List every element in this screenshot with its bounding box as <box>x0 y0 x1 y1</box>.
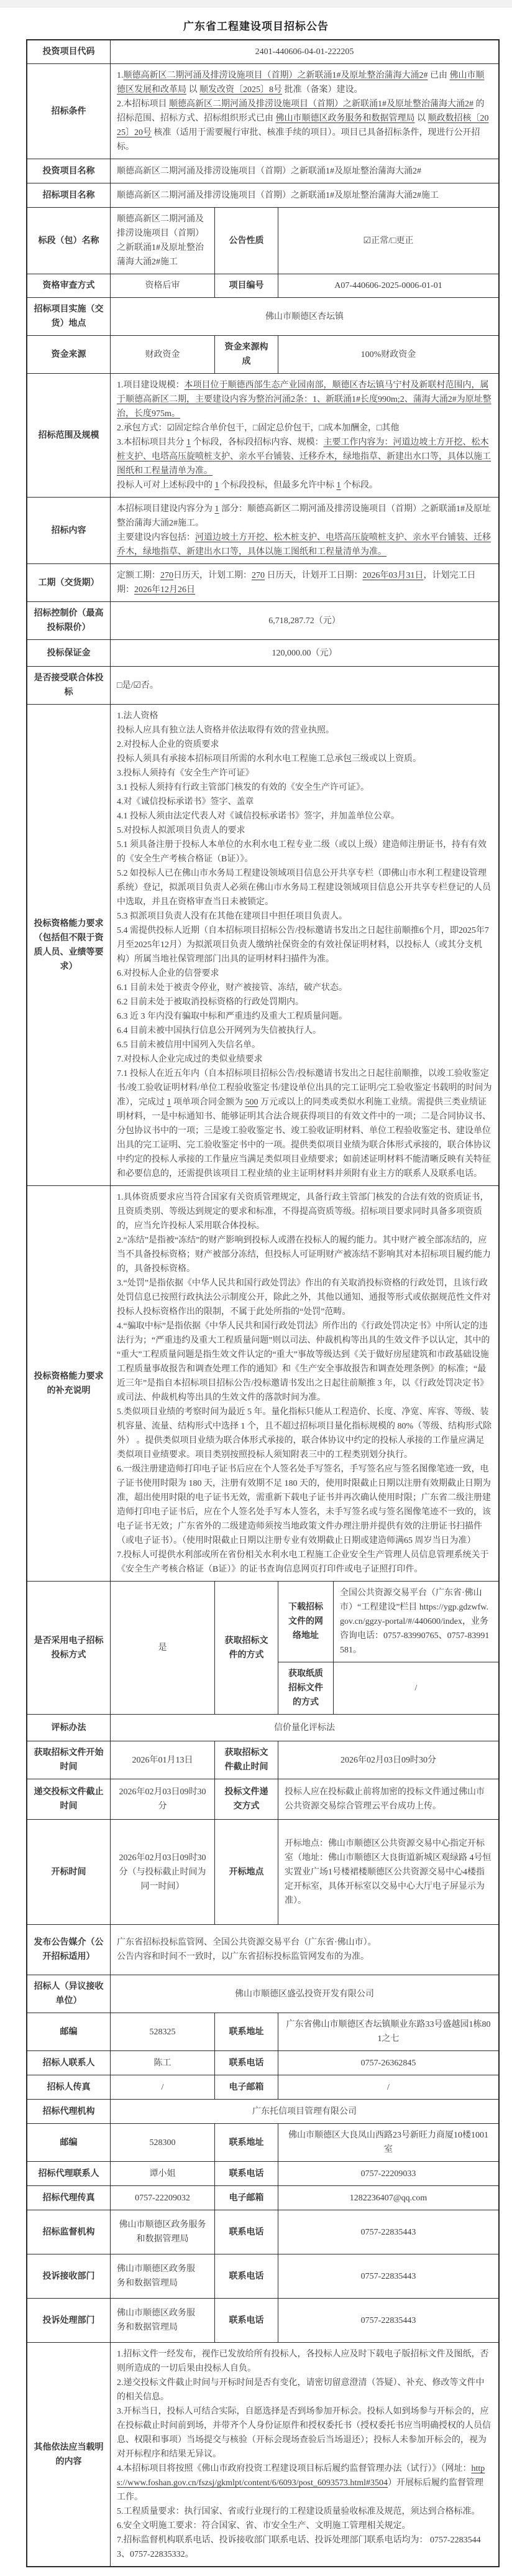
row-tender-name: 招标项目名称 顺德高新区二期河涌及排涝设施项目（首期）之新联涌1#及原址整治蒲海… <box>27 183 498 207</box>
control-price-value: 6,718,287.72（元） <box>110 602 498 639</box>
paper-document-value: / <box>333 1662 498 1714</box>
project-number-label: 项目编号 <box>214 274 278 297</box>
supervision-phone-value: 0757-22835443 <box>278 2210 498 2254</box>
row-tenderer-contact: 招标人联系人 陈工 联系电话 0757-26362845 <box>27 2050 498 2075</box>
complaint-receiving-label: 投诉接收部门 <box>27 2254 110 2298</box>
row-tender-conditions: 招标条件 1.顺德高新区二期河涌及排涝设施项目（首期）之新联涌1#及原址整治蒲海… <box>27 63 498 159</box>
row-delivery-location: 招标项目实施（交货）地点 佛山市顺德区杏坛镇 <box>27 297 498 335</box>
row-agency-fax: 招标代理传真 0757-22209032 电子邮箱 1282236407@qq.… <box>27 2185 498 2210</box>
tenderer-address-label: 联系地址 <box>214 2013 278 2050</box>
evaluation-method-label: 评标办法 <box>27 1715 110 1741</box>
complaint-receiving-phone-value: 0757-22835443 <box>278 2254 498 2298</box>
paper-document-subrow: 获取纸质招标文件的方式 / <box>278 1662 498 1714</box>
obtain-deadline-label: 获取招标文件截止时间 <box>214 1741 278 1779</box>
submission-method-value: 投标人应在投标截止前将加密的投标文件通过佛山市公共资源交易综合管理云平台成功上传… <box>278 1779 498 1819</box>
agency-contact-value: 谭小姐 <box>110 2162 214 2185</box>
row-section-name: 标段（包）名称 顺德高新区二期河涌及排涝设施项目（首期）之新联涌1#及原址整治蒲… <box>27 207 498 274</box>
submission-deadline-label: 递交投标文件截止时间 <box>27 1779 110 1819</box>
funding-source-value: 财政资金 <box>110 336 214 373</box>
investment-code-label: 投资项目代码 <box>27 40 110 63</box>
bid-opening-time-label: 开标时间 <box>27 1820 110 1924</box>
row-complaint-handling: 投诉处理部门 佛山市顺德区政务服务和数据管理局 联系电话 0757-228354… <box>27 2298 498 2342</box>
tenderer-zip-value: 528325 <box>110 2013 214 2050</box>
row-agency: 招标代理机构 广东托信项目管理有限公司 <box>27 2099 498 2123</box>
document-acquisition-label: 获取招标文件的方式 <box>214 1582 278 1714</box>
tenderer-email-value: / <box>278 2075 498 2099</box>
other-contents-text: 1.招标文件一经发布，视作已发放给所有投标人，各投标人应及时下载电子版招标文件及… <box>110 2343 498 2566</box>
tenderer-value: 佛山市顺德区盛弘投资开发有限公司 <box>110 1975 498 2013</box>
download-address-label: 下载招标文件的网络地址 <box>278 1582 333 1662</box>
tenderer-fax-value: / <box>110 2075 214 2099</box>
agency-zip-label: 邮编 <box>27 2124 110 2161</box>
row-investment-name: 投资项目名称 顺德高新区二期河涌及排涝设施项目（首期）之新联涌1#及原址整治蒲海… <box>27 159 498 183</box>
announcement-media-label: 发布公告媒介（公开招标适用） <box>27 1925 110 1975</box>
funding-composition-value: 100%财政资金 <box>278 336 498 373</box>
qualification-method-value: 资格后审 <box>110 274 214 297</box>
row-duration: 工期（交货期） 定额工期：270日历天，计划工期：270 日历天，计划开工日期：… <box>27 563 498 601</box>
row-obtain-time: 获取招标文件开始时间 2026年01月13日 获取招标文件截止时间 2026年0… <box>27 1741 498 1779</box>
tenderer-zip-label: 邮编 <box>27 2013 110 2050</box>
row-consortium: 是否接受联合体投标 □是/☑否。 <box>27 666 498 704</box>
agency-phone-value: 0757-22209033 <box>278 2162 498 2185</box>
agency-address-value: 佛山市顺德区大良凤山西路23号新旺力商厦10楼1001室 <box>278 2124 498 2161</box>
tenderer-phone-label: 联系电话 <box>214 2051 278 2075</box>
agency-address-label: 联系地址 <box>214 2124 278 2161</box>
row-evaluation-method: 评标办法 信价量化评标法 <box>27 1714 498 1741</box>
tenderer-fax-label: 招标人传真 <box>27 2075 110 2099</box>
tender-conditions-label: 招标条件 <box>27 64 110 159</box>
row-investment-code: 投资项目代码 2401-440606-04-01-222205 <box>27 40 498 63</box>
submission-method-label: 投标文件递交方式 <box>214 1779 278 1819</box>
delivery-location-value: 佛山市顺德区杏坛镇 <box>110 298 498 335</box>
tenderer-email-label: 电子邮箱 <box>214 2075 278 2099</box>
supervision-agency-label: 招标监督机构 <box>27 2210 110 2254</box>
download-address-subrow: 下载招标文件的网络地址 全国公共资源交易平台（广东省·佛山市）“工程建设”栏目 … <box>278 1582 498 1662</box>
tender-content-label: 招标内容 <box>27 498 110 563</box>
agency-value: 广东托信项目管理有限公司 <box>110 2100 498 2123</box>
project-number-value: A07-440606-2025-0006-01-01 <box>278 274 498 297</box>
complaint-handling-phone-label: 联系电话 <box>214 2299 278 2342</box>
duration-label: 工期（交货期） <box>27 564 110 601</box>
row-qualification-method: 资格审查方式 资格后审 项目编号 A07-440606-2025-0006-01… <box>27 274 498 297</box>
row-supplementary-notes: 投标资格能力要求的补充说明 1.具体资质要求应当符合国家有关资质管理规定，具备行… <box>27 1185 498 1581</box>
agency-label: 招标代理机构 <box>27 2100 110 2123</box>
bid-opening-place-value: 开标地点：佛山市顺德区公共资源交易中心指定开标室（地址：佛山市顺德区大良街道新城… <box>278 1820 498 1924</box>
row-agency-contact: 招标代理联系人 谭小姐 联系电话 0757-22209033 <box>27 2161 498 2185</box>
control-price-label: 招标控制价（最高投标限价） <box>27 602 110 639</box>
announcement-media-text: 广东省招标投标监管网、全国公共资源交易平台（广东省·佛山市）。公告内容和时间不一… <box>110 1925 498 1975</box>
agency-zip-value: 528300 <box>110 2124 214 2161</box>
row-tenderer-zip: 邮编 528325 联系地址 广东省佛山市顺德区杏坛镇顺业东路33号盛越园1栋8… <box>27 2013 498 2050</box>
tender-announcement-table: 投资项目代码 2401-440606-04-01-222205 招标条件 1.顺… <box>26 39 500 2567</box>
notice-nature-label: 公告性质 <box>214 208 278 274</box>
bid-bond-value: 120,000.00（元） <box>110 640 498 666</box>
complaint-receiving-phone-label: 联系电话 <box>214 2254 278 2298</box>
investment-name-label: 投资项目名称 <box>27 159 110 183</box>
document-acquisition-detail: 下载招标文件的网络地址 全国公共资源交易平台（广东省·佛山市）“工程建设”栏目 … <box>278 1582 498 1714</box>
page-top-strip <box>0 0 512 7</box>
qualification-requirements-label: 投标资格能力要求（包括但不限于资质人员、业绩等要求） <box>27 705 110 1185</box>
section-name-value: 顺德高新区二期河涌及排涝设施项目（首期）之新联涌1#及原址整治蒲海大涌2#施工 <box>110 208 214 274</box>
obtain-start-value: 2026年01月13日 <box>110 1741 214 1779</box>
complaint-handling-value: 佛山市顺德区政务服务和数据管理局 <box>110 2299 214 2342</box>
row-tenderer: 招标人（异议接收单位） 佛山市顺德区盛弘投资开发有限公司 <box>27 1975 498 2013</box>
row-submission: 递交投标文件截止时间 2026年02月03日09时30分 投标文件递交方式 投标… <box>27 1779 498 1819</box>
agency-contact-label: 招标代理联系人 <box>27 2162 110 2185</box>
electronic-bidding-label: 是否采用电子招标投标方式 <box>27 1582 110 1714</box>
tender-name-label: 招标项目名称 <box>27 183 110 207</box>
download-address-value: 全国公共资源交易平台（广东省·佛山市）“工程建设”栏目 https://ygp.… <box>333 1582 498 1662</box>
investment-code-value: 2401-440606-04-01-222205 <box>110 40 498 63</box>
tenderer-address-value: 广东省佛山市顺德区杏坛镇顺业东路33号盛越园1栋801之七 <box>278 2013 498 2050</box>
row-supervision-agency: 招标监督机构 佛山市顺德区政务服务和数据管理局 联系电话 0757-228354… <box>27 2210 498 2254</box>
obtain-deadline-value: 2026年02月03日09时30分 <box>278 1741 498 1779</box>
supervision-agency-value: 佛山市顺德区政务服务和数据管理局 <box>110 2210 214 2254</box>
tenderer-contact-label: 招标人联系人 <box>27 2051 110 2075</box>
row-electronic-bidding: 是否采用电子招标投标方式 是 获取招标文件的方式 下载招标文件的网络地址 全国公… <box>27 1581 498 1714</box>
row-control-price: 招标控制价（最高投标限价） 6,718,287.72（元） <box>27 601 498 639</box>
tender-conditions-text: 1.顺德高新区二期河涌及排涝设施项目（首期）之新联涌1#及原址整治蒲海大涌2# … <box>110 64 498 159</box>
agency-email-value: 1282236407@qq.com <box>278 2186 498 2210</box>
complaint-receiving-value: 佛山市顺德区政务服务和数据管理局 <box>110 2254 214 2298</box>
investment-name-value: 顺德高新区二期河涌及排涝设施项目（首期）之新联涌1#及原址整治蒲海大涌2# <box>110 159 498 183</box>
consortium-value: □是/☑否。 <box>110 667 498 704</box>
paper-document-label: 获取纸质招标文件的方式 <box>278 1662 333 1714</box>
submission-deadline-value: 2026年02月03日09时30分 <box>110 1779 214 1819</box>
row-qualification-requirements: 投标资格能力要求（包括但不限于资质人员、业绩等要求） 1.法人资格投标人应具有独… <box>27 704 498 1185</box>
tenderer-contact-value: 陈工 <box>110 2051 214 2075</box>
scope-and-scale-text: 1.项目建设规模：本项目位于顺德西部生态产业园南部，顺德区杏坛镇马宁村及新联村范… <box>110 374 498 497</box>
agency-phone-label: 联系电话 <box>214 2162 278 2185</box>
bid-opening-place-label: 开标地点 <box>214 1820 278 1924</box>
row-bid-bond: 投标保证金 120,000.00（元） <box>27 639 498 666</box>
page-title: 广东省工程建设项目招标公告 <box>0 17 512 33</box>
complaint-handling-phone-value: 0757-22835443 <box>278 2299 498 2342</box>
row-tender-content: 招标内容 本招标项目建设内容分为 1 部分：顺德高新区二期河涌及排涝设施项目（首… <box>27 497 498 563</box>
evaluation-method-value: 信价量化评标法 <box>110 1715 498 1741</box>
duration-text: 定额工期：270日历天，计划工期：270 日历天，计划开工日期：2026年03月… <box>110 564 498 601</box>
delivery-location-label: 招标项目实施（交货）地点 <box>27 298 110 335</box>
notice-nature-value: ☑正常/□更正 <box>278 208 498 274</box>
bid-opening-time-value: 2026年02月03日09时30分（与投标截止时间为同一时间） <box>110 1820 214 1924</box>
supervision-phone-label: 联系电话 <box>214 2210 278 2254</box>
agency-fax-label: 招标代理传真 <box>27 2186 110 2210</box>
qualification-method-label: 资格审查方式 <box>27 274 110 297</box>
consortium-label: 是否接受联合体投标 <box>27 667 110 704</box>
other-contents-label: 其他依法应当载明的内容 <box>27 2343 110 2566</box>
tender-name-value: 顺德高新区二期河涌及排涝设施项目（首期）之新联涌1#及原址整治蒲海大涌2#施工 <box>110 183 498 207</box>
row-announcement-media: 发布公告媒介（公开招标适用） 广东省招标投标监管网、全国公共资源交易平台（广东省… <box>27 1924 498 1975</box>
row-other-contents: 其他依法应当载明的内容 1.招标文件一经发布，视作已发放给所有投标人，各投标人应… <box>27 2342 498 2566</box>
row-bid-opening: 开标时间 2026年02月03日09时30分（与投标截止时间为同一时间） 开标地… <box>27 1819 498 1924</box>
tender-content-text: 本招标项目建设内容分为 1 部分：顺德高新区二期河涌及排涝设施项目（首期）之新联… <box>110 498 498 563</box>
section-name-label: 标段（包）名称 <box>27 208 110 274</box>
supplementary-notes-label: 投标资格能力要求的补充说明 <box>27 1186 110 1581</box>
row-tenderer-fax: 招标人传真 / 电子邮箱 / <box>27 2075 498 2099</box>
qualification-requirements-text: 1.法人资格投标人应具有独立法人资格并依法取得有效的营业执照。2.对投标人企业的… <box>110 705 498 1185</box>
funding-composition-label: 资金来源构成 <box>214 336 278 373</box>
obtain-start-label: 获取招标文件开始时间 <box>27 1741 110 1779</box>
tenderer-label: 招标人（异议接收单位） <box>27 1975 110 2013</box>
electronic-bidding-value: 是 <box>110 1582 214 1714</box>
agency-fax-value: 0757-22209032 <box>110 2186 214 2210</box>
scope-and-scale-label: 招标范围及规模 <box>27 374 110 497</box>
bid-bond-label: 投标保证金 <box>27 640 110 666</box>
agency-email-label: 电子邮箱 <box>214 2186 278 2210</box>
supplementary-notes-text: 1.具体资质要求应当符合国家有关资质管理规定，具备行政主管部门核发的合法有效的资… <box>110 1186 498 1581</box>
row-scope-and-scale: 招标范围及规模 1.项目建设规模：本项目位于顺德西部生态产业园南部，顺德区杏坛镇… <box>27 373 498 497</box>
complaint-handling-label: 投诉处理部门 <box>27 2299 110 2342</box>
tenderer-phone-value: 0757-26362845 <box>278 2051 498 2075</box>
funding-source-label: 资金来源 <box>27 336 110 373</box>
row-agency-zip: 邮编 528300 联系地址 佛山市顺德区大良凤山西路23号新旺力商厦10楼10… <box>27 2123 498 2161</box>
row-funding-source: 资金来源 财政资金 资金来源构成 100%财政资金 <box>27 335 498 373</box>
row-complaint-receiving: 投诉接收部门 佛山市顺德区政务服务和数据管理局 联系电话 0757-228354… <box>27 2254 498 2298</box>
